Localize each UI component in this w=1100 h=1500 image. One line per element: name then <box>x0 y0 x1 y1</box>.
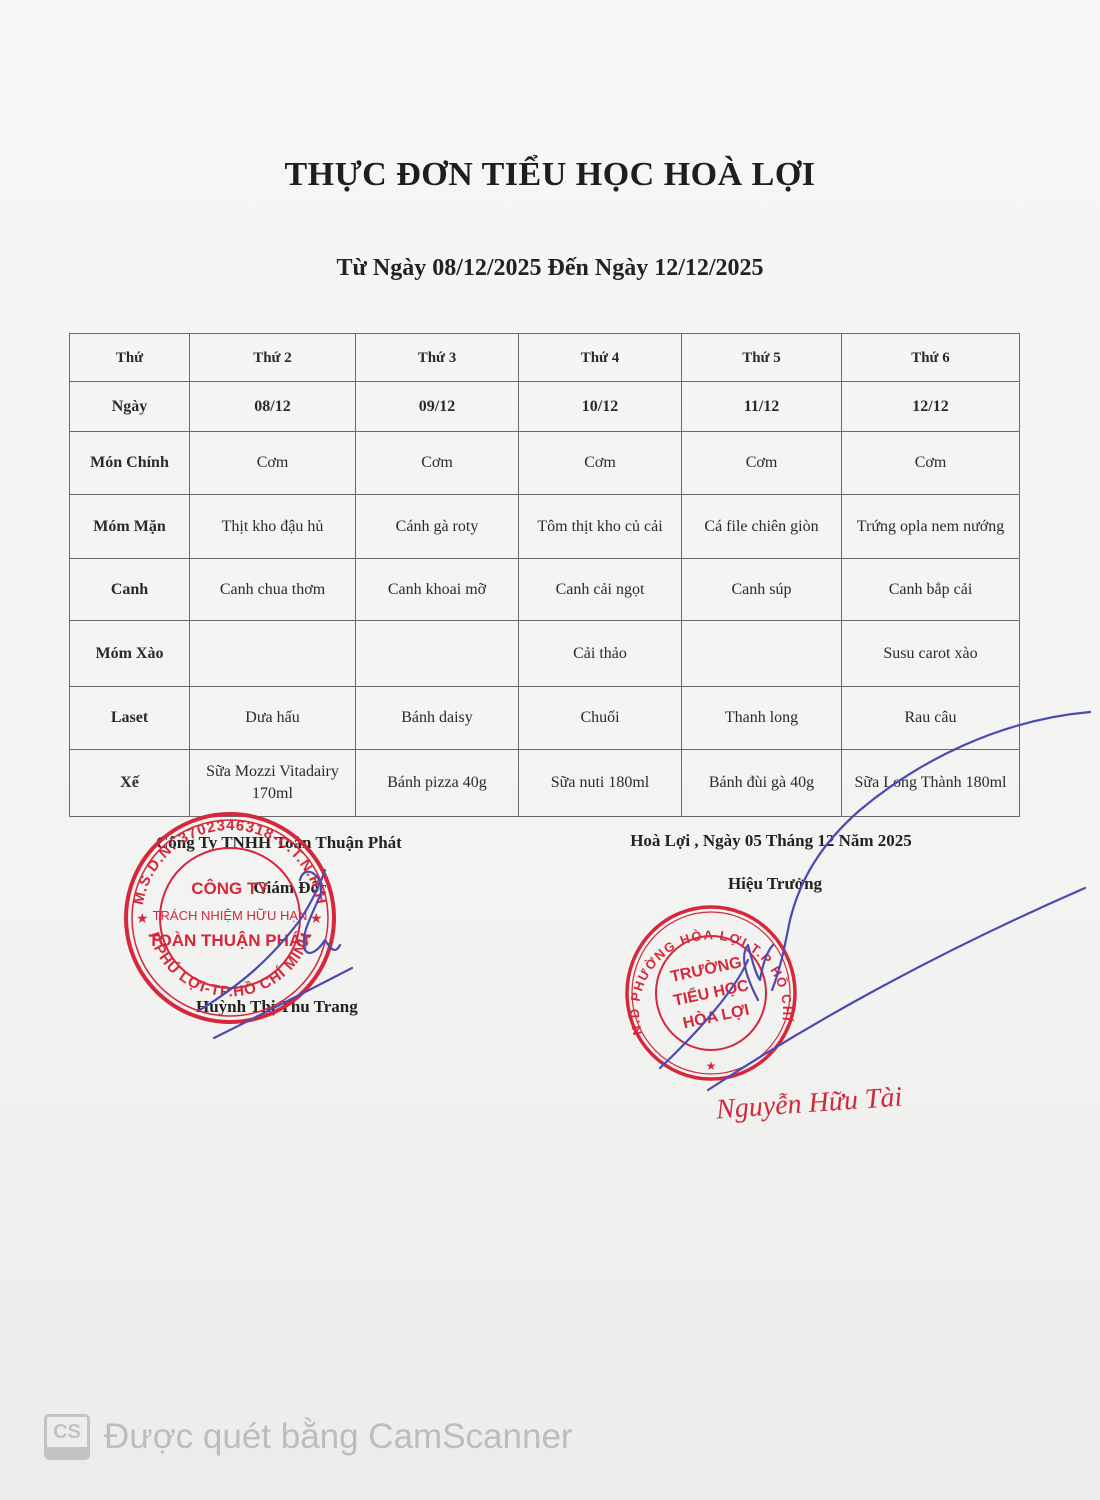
menu-row-laset: LasetDưa hấuBánh daisyChuốiThanh longRau… <box>70 687 1020 750</box>
menu-cell: 09/12 <box>356 382 519 432</box>
menu-cell <box>682 621 842 687</box>
date-range: Từ Ngày 08/12/2025 Đến Ngày 12/12/2025 <box>0 255 1100 282</box>
menu-cell: Susu carot xào <box>842 621 1020 687</box>
svg-text:★: ★ <box>706 1059 717 1073</box>
school-stamp: U.B.N.D PHƯỜNG HÒA LỢI T.P HỒ CHÍ MINH ★… <box>622 902 800 1084</box>
menu-cell <box>356 621 519 687</box>
day-header: Thứ 6 <box>842 334 1020 382</box>
svg-text:★: ★ <box>310 910 323 926</box>
menu-cell: Cơm <box>519 432 682 495</box>
menu-row-header: ThứThứ 2Thứ 3Thứ 4Thứ 5Thứ 6 <box>70 334 1020 382</box>
day-header: Thứ 2 <box>190 334 356 382</box>
menu-cell: Sữa Mozzi Vitadairy 170ml <box>190 750 356 817</box>
menu-cell: 12/12 <box>842 382 1020 432</box>
camscanner-text: Được quét bằng CamScanner <box>104 1417 573 1457</box>
menu-cell: Cơm <box>682 432 842 495</box>
menu-cell: Bánh daisy <box>356 687 519 750</box>
menu-cell: Sữa Long Thành 180ml <box>842 750 1020 817</box>
menu-cell: Cánh gà roty <box>356 495 519 559</box>
menu-cell: Cơm <box>190 432 356 495</box>
menu-cell: Cải thảo <box>519 621 682 687</box>
row-label: Món Chính <box>70 432 190 495</box>
menu-cell: Canh khoai mỡ <box>356 559 519 621</box>
menu-cell: Rau câu <box>842 687 1020 750</box>
menu-cell <box>190 621 356 687</box>
stamp-line-1: CÔNG TY <box>191 879 269 898</box>
day-header: Thứ 5 <box>682 334 842 382</box>
menu-row-ngay: Ngày08/1209/1210/1211/1212/12 <box>70 382 1020 432</box>
menu-row-mon-chinh: Món ChínhCơmCơmCơmCơmCơm <box>70 432 1020 495</box>
menu-cell: Thanh long <box>682 687 842 750</box>
camscanner-watermark: CS Được quét bằng CamScanner <box>44 1413 573 1461</box>
menu-cell: Sữa nuti 180ml <box>519 750 682 817</box>
menu-row-mon-man: Móm MặnThịt kho đậu hủCánh gà rotyTôm th… <box>70 495 1020 559</box>
principal-role: Hiệu Trưởng <box>700 874 850 894</box>
company-stamp: M.S.D.N: 3702346318-C.T.N.H.H P.PHÚ LỢI-… <box>120 808 340 1028</box>
row-label: Móm Mặn <box>70 495 190 559</box>
svg-text:★: ★ <box>136 910 149 926</box>
menu-cell: Thịt kho đậu hủ <box>190 495 356 559</box>
menu-cell: Cơm <box>842 432 1020 495</box>
row-label: Ngày <box>70 382 190 432</box>
camscanner-logo-icon: CS <box>44 1414 90 1460</box>
menu-cell: Cơm <box>356 432 519 495</box>
menu-cell: 11/12 <box>682 382 842 432</box>
menu-cell: 10/12 <box>519 382 682 432</box>
stamp-line-3: TOÀN THUẬN PHÁT <box>148 931 312 950</box>
stamp-line-2: TRÁCH NHIỆM HỮU HẠN <box>153 908 308 923</box>
row-label: Laset <box>70 687 190 750</box>
row-label: Canh <box>70 559 190 621</box>
place-date: Hoà Lợi , Ngày 05 Tháng 12 Năm 2025 <box>600 831 942 851</box>
day-header: Thứ 3 <box>356 334 519 382</box>
menu-cell: 08/12 <box>190 382 356 432</box>
row-label: Móm Xào <box>70 621 190 687</box>
menu-cell: Chuối <box>519 687 682 750</box>
menu-cell: Trứng opla nem nướng <box>842 495 1020 559</box>
row-label: Thứ <box>70 334 190 382</box>
menu-cell: Tôm thịt kho củ cải <box>519 495 682 559</box>
menu-cell: Canh chua thơm <box>190 559 356 621</box>
row-label: Xế <box>70 750 190 817</box>
day-header: Thứ 4 <box>519 334 682 382</box>
menu-cell: Canh bắp cải <box>842 559 1020 621</box>
menu-cell: Canh cải ngọt <box>519 559 682 621</box>
menu-row-mon-xao: Móm XàoCải thảoSusu carot xào <box>70 621 1020 687</box>
menu-row-canh: CanhCanh chua thơmCanh khoai mỡCanh cải … <box>70 559 1020 621</box>
menu-row-xe: XếSữa Mozzi Vitadairy 170mlBánh pizza 40… <box>70 750 1020 817</box>
menu-cell: Cá file chiên giòn <box>682 495 842 559</box>
menu-cell: Bánh pizza 40g <box>356 750 519 817</box>
menu-cell: Bánh đùi gà 40g <box>682 750 842 817</box>
menu-table: ThứThứ 2Thứ 3Thứ 4Thứ 5Thứ 6Ngày08/1209/… <box>69 333 1020 817</box>
principal-name: Nguyễn Hữu Tài <box>715 1082 903 1127</box>
menu-cell: Dưa hấu <box>190 687 356 750</box>
menu-cell: Canh súp <box>682 559 842 621</box>
document-title: THỰC ĐƠN TIỂU HỌC HOÀ LỢI <box>0 156 1100 194</box>
